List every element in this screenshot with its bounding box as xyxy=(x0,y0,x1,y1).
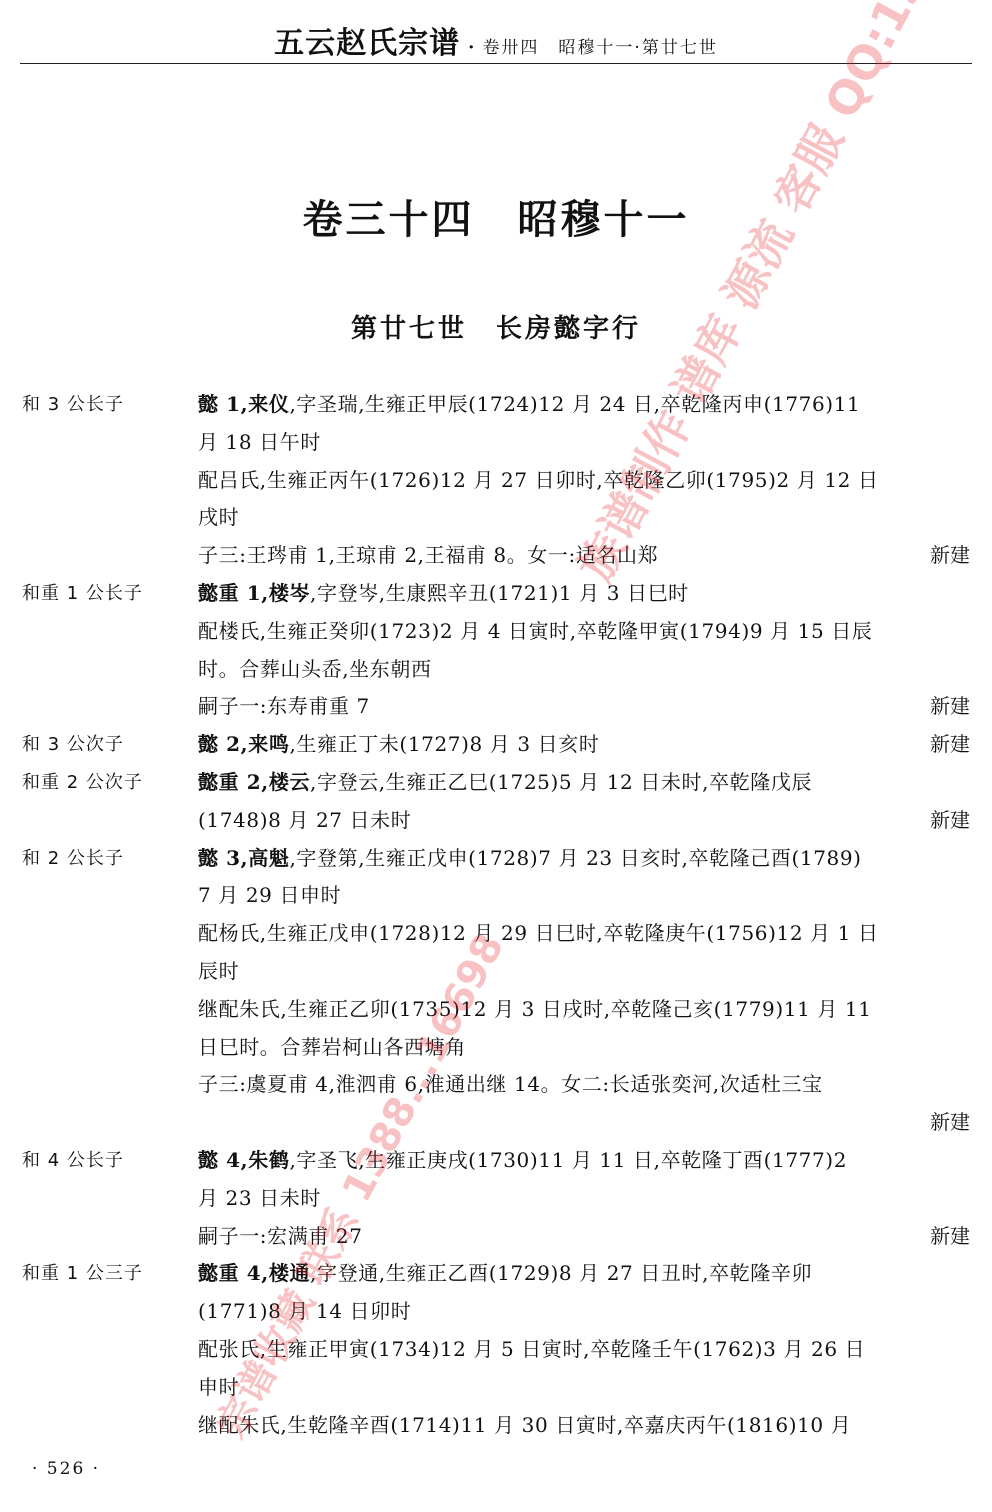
entry-line: 申时 xyxy=(0,1369,992,1407)
entry-line: 月 18 日午时 xyxy=(0,424,992,462)
status-tag: 新建 xyxy=(930,1104,970,1142)
entry-text: 懿 3,高魁,字登第,生雍正戊申(1728)7 月 23 日亥时,卒乾隆己酉(1… xyxy=(198,840,970,878)
entry-line: 子三:王琌甫 1,王琼甫 2,王福甫 8。女一:适名山郑新建 xyxy=(0,537,992,575)
person-name: 懿 2,来鸣 xyxy=(198,732,289,756)
entry-line: 和 2 公长子懿 3,高魁,字登第,生雍正戊申(1728)7 月 23 日亥时,… xyxy=(0,840,992,878)
entry-details: 继配朱氏,生乾隆辛酉(1714)11 月 30 日寅时,卒嘉庆丙午(1816)1… xyxy=(198,1413,851,1437)
status-tag: 新建 xyxy=(930,688,970,726)
entry-details: ,字登岑,生康熙辛丑(1721)1 月 3 日巳时 xyxy=(310,581,689,605)
entry-details: 配吕氏,生雍正丙午(1726)12 月 27 日卯时,卒乾隆乙卯(1795)2 … xyxy=(198,468,879,492)
entry-details: ,字圣飞,生雍正庚戌(1730)11 月 11 日,卒乾隆丁酉(1777)2 xyxy=(289,1148,847,1172)
parent-relation: 和 2 公长子 xyxy=(22,840,124,878)
entry-text: 懿 4,朱鹤,字圣飞,生雍正庚戌(1730)11 月 11 日,卒乾隆丁酉(17… xyxy=(198,1142,970,1180)
volume-title: 卷三十四 昭穆十一 xyxy=(0,188,992,245)
entry-details: (1771)8 月 14 日卯时 xyxy=(198,1299,411,1323)
entry-text: 子三:虞夏甫 4,淮泗甫 6,淮通出继 14。女二:长适张奕河,次适杜三宝 xyxy=(198,1066,970,1104)
entry-details: 申时 xyxy=(198,1375,239,1399)
entry-text: 懿 1,来仪,字圣瑞,生雍正甲辰(1724)12 月 24 日,卒乾隆丙申(17… xyxy=(198,386,970,424)
person-name: 懿重 4,楼通 xyxy=(198,1261,310,1285)
running-head-section: 卷卅四 昭穆十一·第廿七世 xyxy=(482,38,717,58)
entry-line: 辰时 xyxy=(0,953,992,991)
entry-text: 戌时 xyxy=(198,499,970,537)
entry-details: 子三:王琌甫 1,王琼甫 2,王福甫 8。女一:适名山郑 xyxy=(198,543,658,567)
entry-details: 戌时 xyxy=(198,505,239,529)
entry-details: ,字登云,生雍正乙巳(1725)5 月 12 日未时,卒乾隆戊辰 xyxy=(310,770,812,794)
entry-text: 7 月 29 日申时 xyxy=(198,877,970,915)
entry-text: 懿重 4,楼通,字登通,生雍正乙酉(1729)8 月 27 日丑时,卒乾隆辛卯 xyxy=(198,1255,970,1293)
entry-text: 配吕氏,生雍正丙午(1726)12 月 27 日卯时,卒乾隆乙卯(1795)2 … xyxy=(198,462,970,500)
person-name: 懿 1,来仪 xyxy=(198,392,289,416)
entry-line: 继配朱氏,生乾隆辛酉(1714)11 月 30 日寅时,卒嘉庆丙午(1816)1… xyxy=(0,1407,992,1445)
entry-line: (1748)8 月 27 日未时新建 xyxy=(0,802,992,840)
person-name: 懿重 1,楼岑 xyxy=(198,581,310,605)
entry-details: 月 18 日午时 xyxy=(198,430,321,454)
entry-line: 继配朱氏,生雍正乙卯(1735)12 月 3 日戌时,卒乾隆己亥(1779)11… xyxy=(0,991,992,1029)
status-tag: 新建 xyxy=(930,1218,970,1256)
entry-line: 7 月 29 日申时 xyxy=(0,877,992,915)
entry-details: 嗣子一:东寿甫重 7 xyxy=(198,694,370,718)
entry-details: ,字登通,生雍正乙酉(1729)8 月 27 日丑时,卒乾隆辛卯 xyxy=(310,1261,812,1285)
entry-text: 日巳时。合葬岩柯山各西塘角 xyxy=(198,1029,970,1067)
entry-text: 配张氏,生雍正甲寅(1734)12 月 5 日寅时,卒乾隆壬午(1762)3 月… xyxy=(198,1331,970,1369)
entry-details: 月 23 日未时 xyxy=(198,1186,321,1210)
entry-details: 7 月 29 日申时 xyxy=(198,883,341,907)
entry-line: 嗣子一:东寿甫重 7新建 xyxy=(0,688,992,726)
entry-line: 和 3 公次子懿 2,来鸣,生雍正丁未(1727)8 月 3 日亥时新建 xyxy=(0,726,992,764)
entry-details: 继配朱氏,生雍正乙卯(1735)12 月 3 日戌时,卒乾隆己亥(1779)11… xyxy=(198,997,872,1021)
entry-details: ,字圣瑞,生雍正甲辰(1724)12 月 24 日,卒乾隆丙申(1776)11 xyxy=(289,392,860,416)
entry-text: 懿 2,来鸣,生雍正丁未(1727)8 月 3 日亥时 xyxy=(198,726,970,764)
running-head: 五云赵氏宗谱·卷卅四 昭穆十一·第廿七世 xyxy=(0,18,992,62)
entry-line: 日巳时。合葬岩柯山各西塘角 xyxy=(0,1029,992,1067)
entry-details: 子三:虞夏甫 4,淮泗甫 6,淮通出继 14。女二:长适张奕河,次适杜三宝 xyxy=(198,1072,823,1096)
entry-line: 和重 2 公次子懿重 2,楼云,字登云,生雍正乙巳(1725)5 月 12 日未… xyxy=(0,764,992,802)
book-title: 五云赵氏宗谱 xyxy=(274,26,460,61)
status-tag: 新建 xyxy=(930,726,970,764)
entry-line: 配楼氏,生雍正癸卯(1723)2 月 4 日寅时,卒乾隆甲寅(1794)9 月 … xyxy=(0,613,992,651)
entry-text: 嗣子一:宏满甫 27 xyxy=(198,1218,970,1256)
parent-relation: 和 4 公长子 xyxy=(22,1142,124,1180)
entry-line: 戌时 xyxy=(0,499,992,537)
entry-details: ,字登第,生雍正戊申(1728)7 月 23 日亥时,卒乾隆己酉(1789) xyxy=(289,846,861,870)
entry-line: 和 3 公长子懿 1,来仪,字圣瑞,生雍正甲辰(1724)12 月 24 日,卒… xyxy=(0,386,992,424)
entry-text: 继配朱氏,生乾隆辛酉(1714)11 月 30 日寅时,卒嘉庆丙午(1816)1… xyxy=(198,1407,970,1445)
entry-line: 配杨氏,生雍正戊申(1728)12 月 29 日巳时,卒乾隆庚午(1756)12… xyxy=(0,915,992,953)
parent-relation: 和重 2 公次子 xyxy=(22,764,143,802)
entry-line: 配吕氏,生雍正丙午(1726)12 月 27 日卯时,卒乾隆乙卯(1795)2 … xyxy=(0,462,992,500)
status-tag: 新建 xyxy=(930,802,970,840)
entry-line: 和重 1 公三子懿重 4,楼通,字登通,生雍正乙酉(1729)8 月 27 日丑… xyxy=(0,1255,992,1293)
parent-relation: 和 3 公长子 xyxy=(22,386,124,424)
entry-text: 时。合葬山头岙,坐东朝西 xyxy=(198,651,970,689)
person-name: 懿 4,朱鹤 xyxy=(198,1148,289,1172)
entry-details: (1748)8 月 27 日未时 xyxy=(198,808,411,832)
entry-line: 配张氏,生雍正甲寅(1734)12 月 5 日寅时,卒乾隆壬午(1762)3 月… xyxy=(0,1331,992,1369)
entry-text: 月 23 日未时 xyxy=(198,1180,970,1218)
entry-details: 配楼氏,生雍正癸卯(1723)2 月 4 日寅时,卒乾隆甲寅(1794)9 月 … xyxy=(198,619,873,643)
generation-title: 第廿七世 长房懿字行 xyxy=(0,308,992,345)
entry-details: 辰时 xyxy=(198,959,239,983)
entry-text: 月 18 日午时 xyxy=(198,424,970,462)
entry-text: (1771)8 月 14 日卯时 xyxy=(198,1293,970,1331)
entry-line: 和 4 公长子懿 4,朱鹤,字圣飞,生雍正庚戌(1730)11 月 11 日,卒… xyxy=(0,1142,992,1180)
header-rule xyxy=(20,63,972,64)
entry-text: 辰时 xyxy=(198,953,970,991)
page-number: · 526 · xyxy=(32,1459,100,1479)
entry-details: ,生雍正丁未(1727)8 月 3 日亥时 xyxy=(289,732,599,756)
entry-line: (1771)8 月 14 日卯时 xyxy=(0,1293,992,1331)
entry-text: 懿重 2,楼云,字登云,生雍正乙巳(1725)5 月 12 日未时,卒乾隆戊辰 xyxy=(198,764,970,802)
genealogy-entries: 和 3 公长子懿 1,来仪,字圣瑞,生雍正甲辰(1724)12 月 24 日,卒… xyxy=(0,386,992,1444)
entry-text: 子三:王琌甫 1,王琼甫 2,王福甫 8。女一:适名山郑 xyxy=(198,537,970,575)
entry-text: (1748)8 月 27 日未时 xyxy=(198,802,970,840)
entry-details: 配张氏,生雍正甲寅(1734)12 月 5 日寅时,卒乾隆壬午(1762)3 月… xyxy=(198,1337,865,1361)
parent-relation: 和重 1 公长子 xyxy=(22,575,143,613)
entry-details: 配杨氏,生雍正戊申(1728)12 月 29 日巳时,卒乾隆庚午(1756)12… xyxy=(198,921,879,945)
entry-line: 嗣子一:宏满甫 27新建 xyxy=(0,1218,992,1256)
person-name: 懿 3,高魁 xyxy=(198,846,289,870)
entry-details: 日巳时。合葬岩柯山各西塘角 xyxy=(198,1035,466,1059)
entry-details: 时。合葬山头岙,坐东朝西 xyxy=(198,657,432,681)
entry-line: 新建 xyxy=(0,1104,992,1142)
entry-text: 懿重 1,楼岑,字登岑,生康熙辛丑(1721)1 月 3 日巳时 xyxy=(198,575,970,613)
entry-details: 嗣子一:宏满甫 27 xyxy=(198,1224,363,1248)
parent-relation: 和 3 公次子 xyxy=(22,726,124,764)
entry-text: 嗣子一:东寿甫重 7 xyxy=(198,688,970,726)
entry-text: 申时 xyxy=(198,1369,970,1407)
person-name: 懿重 2,楼云 xyxy=(198,770,310,794)
entry-text: 配杨氏,生雍正戊申(1728)12 月 29 日巳时,卒乾隆庚午(1756)12… xyxy=(198,915,970,953)
entry-line: 和重 1 公长子懿重 1,楼岑,字登岑,生康熙辛丑(1721)1 月 3 日巳时 xyxy=(0,575,992,613)
entry-text: 配楼氏,生雍正癸卯(1723)2 月 4 日寅时,卒乾隆甲寅(1794)9 月 … xyxy=(198,613,970,651)
entry-line: 月 23 日未时 xyxy=(0,1180,992,1218)
status-tag: 新建 xyxy=(930,537,970,575)
entry-line: 子三:虞夏甫 4,淮泗甫 6,淮通出继 14。女二:长适张奕河,次适杜三宝 xyxy=(0,1066,992,1104)
separator-dot: · xyxy=(468,37,474,58)
entry-line: 时。合葬山头岙,坐东朝西 xyxy=(0,651,992,689)
parent-relation: 和重 1 公三子 xyxy=(22,1255,143,1293)
entry-text: 继配朱氏,生雍正乙卯(1735)12 月 3 日戌时,卒乾隆己亥(1779)11… xyxy=(198,991,970,1029)
